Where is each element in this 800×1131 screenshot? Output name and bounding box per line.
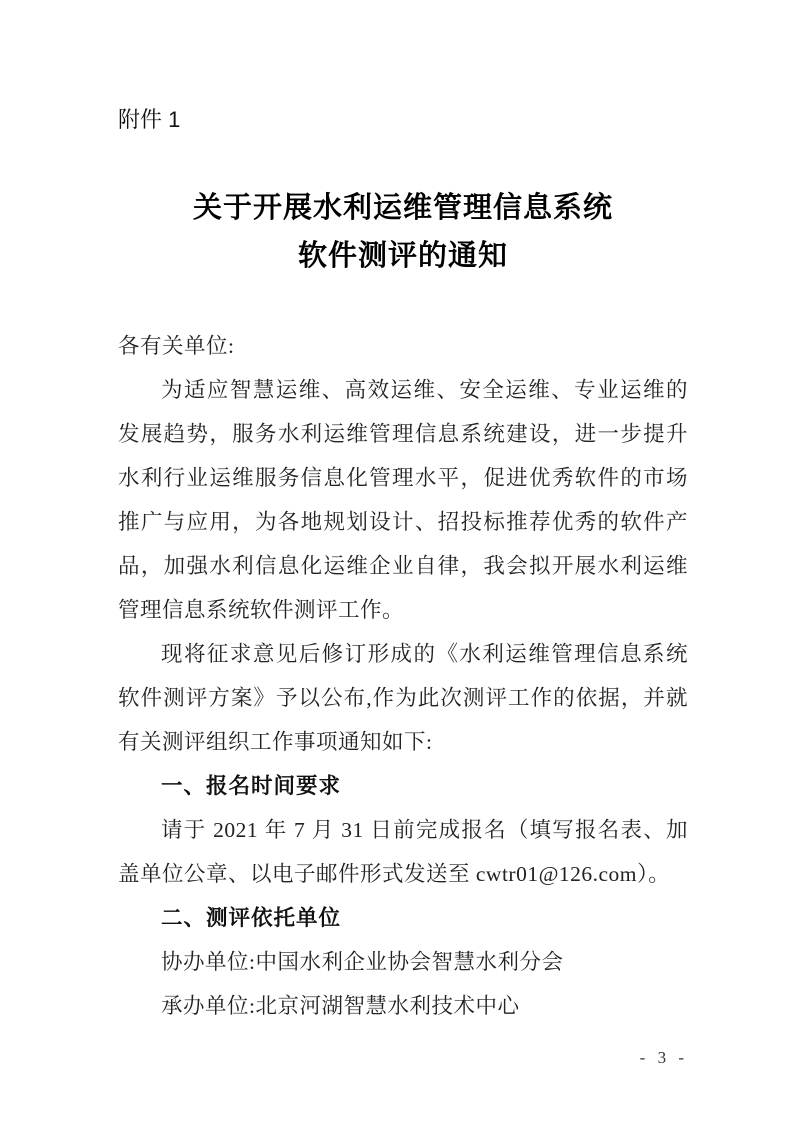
page-number: - 3 - — [640, 1048, 688, 1068]
document-body: 各有关单位: 为适应智慧运维、高效运维、安全运维、专业运维的发展趋势，服务水利运… — [118, 324, 688, 1028]
title-line-1: 关于开展水利运维管理信息系统 — [118, 184, 688, 232]
section-heading-1: 一、报名时间要求 — [118, 764, 688, 808]
section-heading-2: 二、测评依托单位 — [118, 896, 688, 940]
paragraph-announce: 现将征求意见后修订形成的《水利运维管理信息系统软件测评方案》予以公布,作为此次测… — [118, 632, 688, 764]
line-organizer: 承办单位:北京河湖智慧水利技术中心 — [118, 984, 688, 1028]
attachment-label: 附件 1 — [118, 106, 688, 134]
line-coorganizer: 协办单位:中国水利企业协会智慧水利分会 — [118, 940, 688, 984]
title-line-2: 软件测评的通知 — [118, 232, 688, 280]
salutation: 各有关单位: — [118, 324, 688, 368]
paragraph-intro: 为适应智慧运维、高效运维、安全运维、专业运维的发展趋势，服务水利运维管理信息系统… — [118, 368, 688, 632]
document-page: 附件 1 关于开展水利运维管理信息系统 软件测评的通知 各有关单位: 为适应智慧… — [0, 0, 800, 1131]
document-content: 附件 1 关于开展水利运维管理信息系统 软件测评的通知 各有关单位: 为适应智慧… — [0, 0, 800, 1028]
document-title: 关于开展水利运维管理信息系统 软件测评的通知 — [118, 184, 688, 280]
paragraph-signup: 请于 2021 年 7 月 31 日前完成报名（填写报名表、加盖单位公章、以电子… — [118, 808, 688, 896]
